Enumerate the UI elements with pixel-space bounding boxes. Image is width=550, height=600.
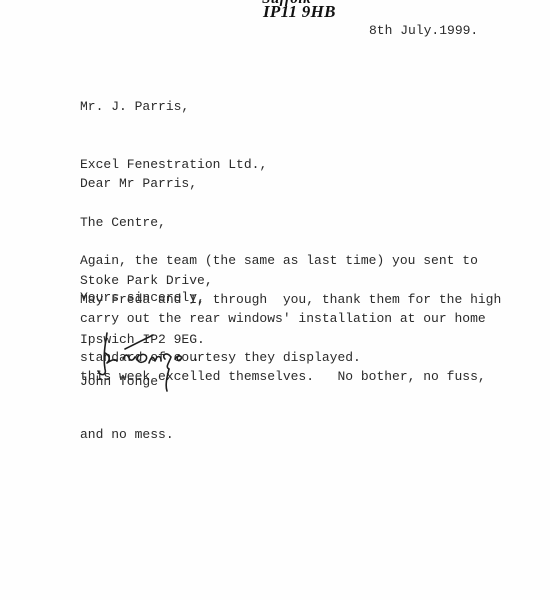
closing: Yours sincerely, bbox=[80, 288, 205, 307]
body-line: and no mess. bbox=[80, 425, 486, 444]
letter-date: 8th July.1999. bbox=[369, 23, 478, 38]
letter-page: Suffolk IP11 9HB 8th July.1999. Mr. J. P… bbox=[0, 0, 550, 600]
signed-name: John Tonge bbox=[80, 372, 158, 391]
recipient-name: Mr. J. Parris, bbox=[80, 97, 267, 116]
recipient-company: Excel Fenestration Ltd., bbox=[80, 155, 267, 174]
salutation: Dear Mr Parris, bbox=[80, 174, 197, 193]
handwritten-correction: s bbox=[158, 155, 166, 174]
letterhead-postcode: IP11 9HB bbox=[263, 2, 336, 22]
